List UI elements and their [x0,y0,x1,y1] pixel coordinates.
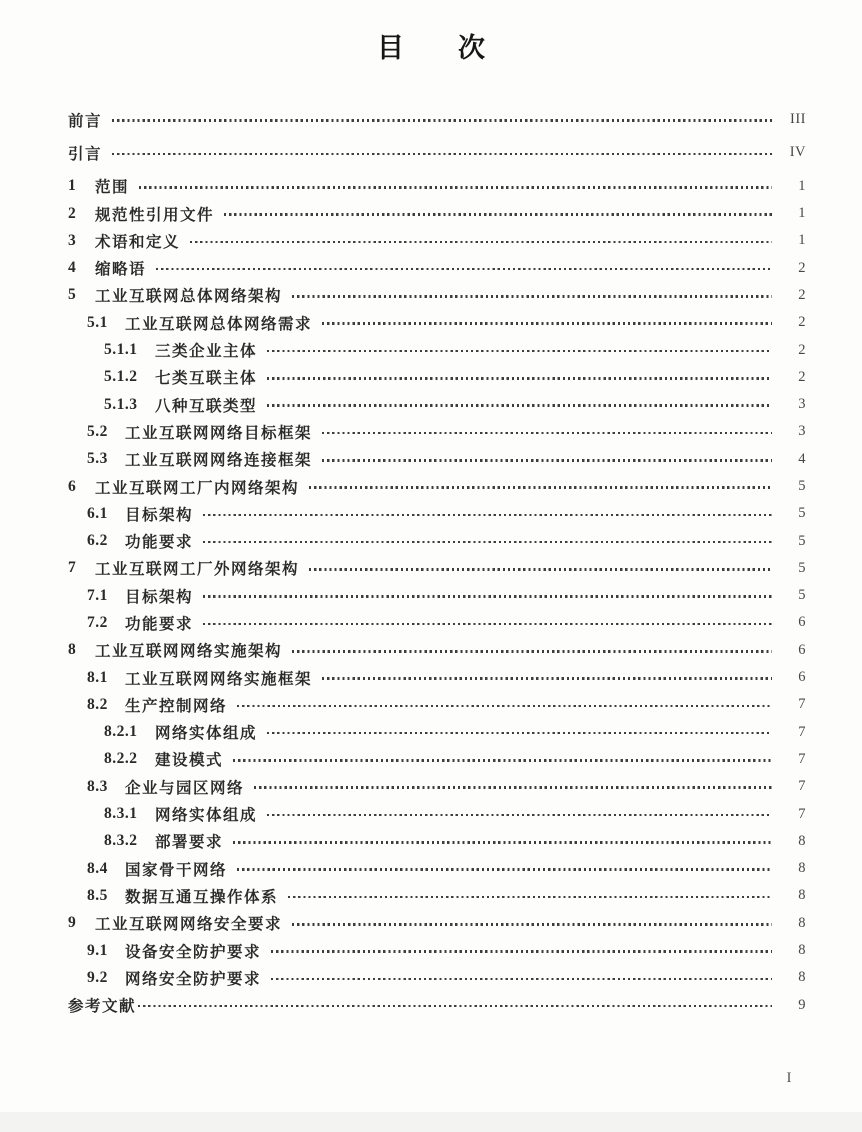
toc-entry-page: 8 [780,887,806,904]
toc-entry: 8.1 工业互联网网络实施框架 6 [0,664,862,691]
toc-entry: 3 术语和定义 1 [0,227,862,254]
toc-entry-number: 7.2 [87,614,125,632]
dot-leader [112,153,772,156]
dot-leader [267,814,772,817]
toc-entry-label: 规范性引用文件 [95,203,214,225]
toc-entry: 4 缩略语 2 [0,254,862,281]
dot-leader [203,595,772,598]
dot-leader [288,896,772,899]
toc-entry-label: 企业与园区网络 [125,776,244,798]
toc-entry: 5.2 工业互联网网络目标框架 3 [0,418,862,445]
toc-entry: 8.4 国家骨干网络 8 [0,855,862,882]
dot-leader [237,868,772,871]
toc-entry-label: 工业互联网网络安全要求 [95,912,282,934]
toc-entry-number: 5.1.2 [104,368,155,386]
toc-entry-number: 8.2.2 [104,750,155,768]
toc-entry-page: 9 [780,997,806,1014]
toc-entry-page: 1 [780,178,806,195]
toc-entry-label: 目标架构 [125,585,193,607]
toc-entry-page: 2 [780,314,806,331]
toc-entry-page: 6 [780,642,806,659]
toc-entry-label: 三类企业主体 [155,339,257,361]
toc-entry-label: 工业互联网总体网络需求 [125,312,312,334]
toc-entry-label: 网络安全防护要求 [125,967,261,989]
toc-entry: 8.3.1 网络实体组成 7 [0,800,862,827]
toc-entry-number: 7 [68,559,95,577]
dot-leader [322,459,772,462]
toc-entry: 6 工业互联网工厂内网络架构 5 [0,473,862,500]
dot-leader [156,268,772,271]
toc-entry: 7 工业互联网工厂外网络架构 5 [0,555,862,582]
toc-entry-number: 6.2 [87,532,125,550]
toc-entry-label: 工业互联网网络实施框架 [125,667,312,689]
toc-entry-label: 工业互联网网络目标框架 [125,421,312,443]
toc-entry-page: 5 [780,505,806,522]
toc-entry-number: 9.2 [87,969,125,987]
toc-entry-number: 8.2.1 [104,723,155,741]
toc-entry-page: 1 [780,232,806,249]
toc-entry: 5.1.2 七类互联主体 2 [0,364,862,391]
toc-entry-page: 7 [780,778,806,795]
dot-leader [292,923,772,926]
toc-entry-number: 5.2 [87,423,125,441]
toc-entry: 1 范围 1 [0,173,862,200]
toc-entry: 7.2 功能要求 6 [0,609,862,636]
dot-leader [322,677,772,680]
dot-leader [203,514,772,517]
dot-leader [138,1005,772,1008]
toc-entry-number: 4 [68,259,95,277]
toc-entry-label: 参考文献 [68,994,136,1016]
dot-leader [224,213,772,216]
toc-entry: 8 工业互联网网络实施架构 6 [0,637,862,664]
toc-entry: 8.3.2 部署要求 8 [0,828,862,855]
toc-entry-page: 7 [780,696,806,713]
toc-entry-page: 6 [780,669,806,686]
dot-leader [112,119,772,122]
dot-leader [309,486,772,489]
toc-entry-label: 前言 [68,109,102,131]
toc-list: 前言 III 引言 IV 1 范围 1 2 规范性引用文件 1 3 术语和定义 … [0,106,862,1019]
toc-entry-number: 6 [68,478,95,496]
toc-entry: 5.1.1 三类企业主体 2 [0,336,862,363]
dot-leader [322,322,772,325]
toc-entry-label: 八种互联类型 [155,394,257,416]
toc-entry-number: 8.5 [87,887,125,905]
toc-entry-number: 9.1 [87,942,125,960]
toc-entry-label: 工业互联网工厂内网络架构 [95,476,299,498]
toc-title: 目 次 [0,26,862,65]
toc-entry-label: 引言 [68,142,102,164]
dot-leader [190,241,772,244]
dot-leader [267,404,772,407]
toc-entry-page: 2 [780,287,806,304]
toc-entry-page: 4 [780,451,806,468]
toc-entry-number: 2 [68,205,95,223]
toc-entry-label: 生产控制网络 [125,694,227,716]
toc-entry-page: III [780,111,806,128]
toc-entry-page: 5 [780,478,806,495]
toc-entry-label: 术语和定义 [95,230,180,252]
toc-entry-number: 8 [68,641,95,659]
toc-entry-label: 网络实体组成 [155,803,257,825]
toc-entry-page: 8 [780,860,806,877]
toc-entry: 6.1 目标架构 5 [0,500,862,527]
toc-entry-label: 工业互联网网络连接框架 [125,448,312,470]
document-page: 目 次 前言 III 引言 IV 1 范围 1 2 规范性引用文件 1 3 术语… [0,0,862,1132]
dot-leader [271,978,772,981]
toc-entry-page: 5 [780,587,806,604]
toc-entry-number: 8.4 [87,860,125,878]
toc-entry: 8.2.2 建设模式 7 [0,746,862,773]
toc-entry-number: 5.1.1 [104,341,155,359]
toc-entry: 5 工业互联网总体网络架构 2 [0,282,862,309]
toc-entry-page: 2 [780,342,806,359]
toc-entry-label: 七类互联主体 [155,366,257,388]
footer-page-number: I [772,1070,806,1087]
toc-entry-label: 国家骨干网络 [125,858,227,880]
toc-entry-number: 8.3.1 [104,805,155,823]
toc-entry-page: IV [780,144,806,161]
dot-leader [292,295,772,298]
toc-entry-number: 6.1 [87,505,125,523]
toc-entry-page: 3 [780,396,806,413]
toc-entry-number: 5.1.3 [104,396,155,414]
toc-entry: 2 规范性引用文件 1 [0,200,862,227]
toc-entry: 5.3 工业互联网网络连接框架 4 [0,446,862,473]
toc-entry-number: 8.2 [87,696,125,714]
toc-entry-label: 数据互通互操作体系 [125,885,278,907]
dot-leader [267,732,772,735]
dot-leader [254,786,772,789]
toc-entry: 8.2 生产控制网络 7 [0,691,862,718]
toc-entry-page: 5 [780,533,806,550]
dot-leader [309,568,772,571]
dot-leader [203,541,772,544]
toc-entry-page: 2 [780,260,806,277]
toc-entry-label: 工业互联网工厂外网络架构 [95,557,299,579]
toc-entry: 前言 III [0,106,862,133]
toc-entry-label: 目标架构 [125,503,193,525]
toc-entry-number: 8.3.2 [104,832,155,850]
toc-entry-label: 功能要求 [125,530,193,552]
dot-leader [139,186,772,189]
dot-leader [233,759,772,762]
toc-entry: 8.5 数据互通互操作体系 8 [0,882,862,909]
toc-entry-page: 7 [780,806,806,823]
toc-entry-number: 8.1 [87,669,125,687]
toc-entry-page: 1 [780,205,806,222]
dot-leader [233,841,772,844]
toc-entry-label: 建设模式 [155,748,223,770]
toc-entry: 引言 IV [0,139,862,166]
toc-entry-page: 7 [780,751,806,768]
toc-entry-page: 5 [780,560,806,577]
toc-entry-page: 8 [780,833,806,850]
toc-entry-label: 范围 [95,175,129,197]
toc-entry-label: 部署要求 [155,830,223,852]
toc-entry-page: 8 [780,969,806,986]
dot-leader [203,623,772,626]
toc-entry-page: 2 [780,369,806,386]
toc-entry-page: 8 [780,915,806,932]
dot-leader [271,950,772,953]
dot-leader [267,377,772,380]
scan-edge-band [0,1112,862,1132]
toc-entry-label: 缩略语 [95,257,146,279]
dot-leader [322,432,772,435]
toc-entry: 6.2 功能要求 5 [0,527,862,554]
toc-entry-number: 5.1 [87,314,125,332]
toc-entry-number: 5 [68,286,95,304]
toc-entry: 9 工业互联网网络安全要求 8 [0,910,862,937]
toc-entry: 8.2.1 网络实体组成 7 [0,719,862,746]
dot-leader [237,705,772,708]
toc-entry: 5.1.3 八种互联类型 3 [0,391,862,418]
toc-entry: 参考文献 9 [0,992,862,1019]
toc-entry: 7.1 目标架构 5 [0,582,862,609]
toc-entry-number: 3 [68,232,95,250]
toc-entry-label: 设备安全防护要求 [125,940,261,962]
toc-entry-label: 工业互联网总体网络架构 [95,284,282,306]
toc-entry: 9.1 设备安全防护要求 8 [0,937,862,964]
toc-entry-page: 3 [780,423,806,440]
toc-entry-label: 网络实体组成 [155,721,257,743]
toc-entry-number: 9 [68,914,95,932]
toc-entry-page: 6 [780,614,806,631]
toc-entry: 9.2 网络安全防护要求 8 [0,964,862,991]
toc-entry-label: 功能要求 [125,612,193,634]
toc-entry-number: 8.3 [87,778,125,796]
dot-leader [292,650,772,653]
toc-entry-label: 工业互联网网络实施架构 [95,639,282,661]
dot-leader [267,350,772,353]
toc-entry-number: 1 [68,177,95,195]
toc-entry-page: 8 [780,942,806,959]
toc-entry-number: 7.1 [87,587,125,605]
toc-entry-page: 7 [780,724,806,741]
toc-entry: 8.3 企业与园区网络 7 [0,773,862,800]
toc-entry: 5.1 工业互联网总体网络需求 2 [0,309,862,336]
toc-entry-number: 5.3 [87,450,125,468]
